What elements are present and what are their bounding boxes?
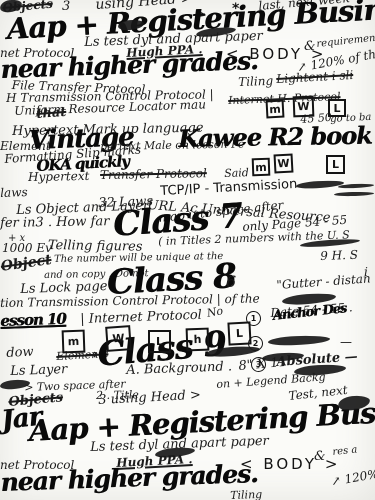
ink-scribble [338,183,374,188]
handwriting-text: | Internet Protocol [80,309,202,327]
handwriting-text: TCP/IP - Transmission [160,178,298,199]
handwriting-text: Kawee R2 book [178,123,372,152]
boxed-letter: W [293,96,315,118]
ink-scribble [268,335,330,346]
ink-scribble [296,180,344,190]
handwriting-text: that [36,106,67,122]
handwriting-text: Ls Layer [10,363,68,379]
handwritten-notes-scan: Objects3using Head >>*last, next weekAap… [0,0,375,500]
handwriting-text: Transfer Protocol [100,167,207,181]
handwriting-text: Internet H. Protocol [228,91,341,106]
handwriting-text: Tiling [238,75,273,89]
boxed-letter: W [105,325,132,352]
handwriting-text: res a [332,445,358,458]
handwriting-text: 6 [226,274,236,291]
handwriting-text: Hypertext [28,170,89,184]
circled-number: 1 [246,311,261,326]
handwriting-text: fer in3 . How far [0,215,109,231]
handwriting-text: & [314,450,326,464]
boxed-letter: m [252,158,271,177]
handwriting-text: 9 H. S [320,249,358,263]
handwriting-text: dow [6,346,34,361]
handwriting-text: Said [224,167,249,179]
boxed-letter: L [148,330,171,353]
boxed-letter: L [326,155,345,174]
handwriting-text: A. Background . [126,360,232,377]
handwriting-text: No [206,305,224,319]
handwriting-text: Lightent i sli [276,69,354,86]
ink-scribble [334,192,374,197]
handwriting-text: — [340,336,352,349]
boxed-letter: m [266,100,285,119]
handwriting-text: "Gutter - distan [276,272,371,291]
boxed-letter: W [274,154,294,174]
boxed-letter: L [328,99,346,117]
handwriting-text: laws [0,186,28,200]
boxed-letter: h [186,328,210,352]
handwriting-text: Tiling [230,489,262,500]
handwriting-text: esson 10 [0,312,66,330]
handwriting-text: & [304,40,316,54]
handwriting-text: near higher grades. [0,461,258,496]
boxed-letter: m [62,330,86,354]
